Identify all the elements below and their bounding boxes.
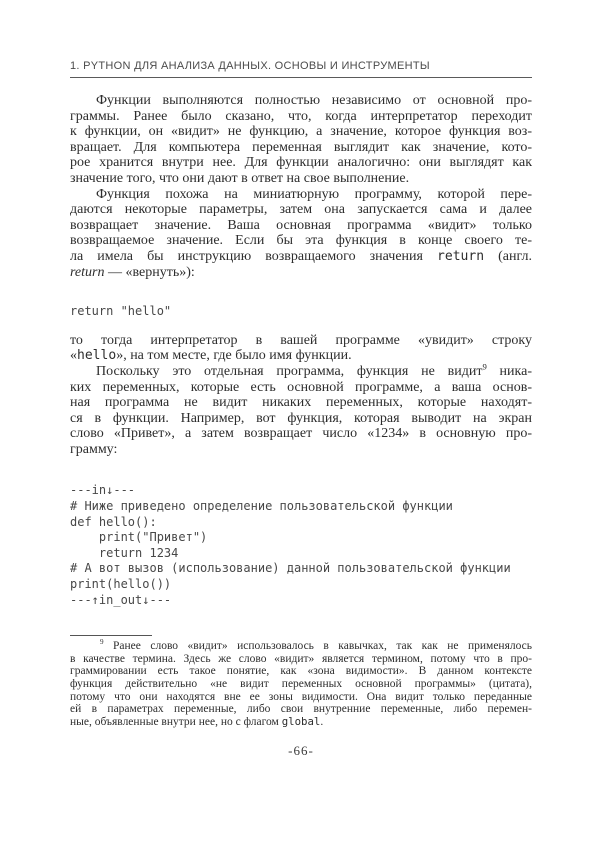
- text-line: ---↑in_out↓---: [70, 593, 532, 609]
- text-line: то тогда интерпретатор в вашей программе…: [70, 333, 532, 349]
- text-line: «hello», на том месте, где было имя функ…: [70, 348, 532, 364]
- text-line: ные, объявленные внутри нее, но с флагом…: [70, 716, 532, 729]
- text-line: def hello():: [70, 515, 532, 531]
- text-line: ла имела бы инструкцию возвращаемого зна…: [70, 249, 532, 265]
- text-line: ная программа не видит никаких переменны…: [70, 395, 532, 411]
- text-line: граммы. Ранее было сказано, что, когда и…: [70, 109, 532, 125]
- text-line: Функция похожа на миниатюрную программу,…: [70, 187, 532, 203]
- text-line: граммировании есть такое понятие, как «з…: [70, 665, 532, 678]
- text-line: значение того, что они дают в ответ на с…: [70, 171, 532, 187]
- text-line: print("Привет"): [70, 530, 532, 546]
- text-line: ---in↓---: [70, 483, 532, 499]
- running-head: 1. PYTHON ДЛЯ АНАЛИЗА ДАННЫХ. ОСНОВЫ И И…: [70, 60, 532, 78]
- code-example-hello-function: ---in↓---# Ниже приведено определение по…: [70, 483, 532, 608]
- text-line: возвращает значение. Ваша основная прогр…: [70, 218, 532, 234]
- text-line: return 1234: [70, 546, 532, 562]
- text-line: рое хранится внутри нее. Для функции ана…: [70, 155, 532, 171]
- text-line: потому что они находятся вне ее зоны вид…: [70, 691, 532, 704]
- text-line: возвращаемое значение. Если бы эта функц…: [70, 233, 532, 249]
- paragraph-scope: Поскольку это отдельная программа, функц…: [70, 364, 532, 458]
- footnote-rule: [70, 635, 152, 636]
- text-line: return — «вернуть»):: [70, 265, 532, 281]
- paragraph-interpreter-sees: то тогда интерпретатор в вашей программе…: [70, 333, 532, 364]
- text-line: Поскольку это отдельная программа, функц…: [70, 364, 532, 380]
- text-line: print(hello()): [70, 577, 532, 593]
- code-return-hello: return "hello": [70, 304, 532, 320]
- text-line: Функции выполняются полностью независимо…: [70, 93, 532, 109]
- text-line: вращает. Для компьютера переменная выгля…: [70, 140, 532, 156]
- page-number: -66-: [70, 743, 532, 759]
- text-line: слово «Привет», а затем возвращает число…: [70, 426, 532, 442]
- footnote-scope-term: 9 Ранее слово «видит» использовалось в к…: [70, 635, 532, 728]
- paragraph-functions-independent: Функции выполняются полностью независимо…: [70, 93, 532, 187]
- book-page: 1. PYTHON ДЛЯ АНАЛИЗА ДАННЫХ. ОСНОВЫ И И…: [0, 0, 600, 849]
- paragraph-function-miniature: Функция похожа на миниатюрную программу,…: [70, 187, 532, 281]
- text-line: грамму:: [70, 442, 532, 458]
- text-line: функция действительно «не видит переменн…: [70, 678, 532, 691]
- text-line: ся в функции. Например, вот функция, кот…: [70, 411, 532, 427]
- text-line: в качестве термина. Здесь же слово «види…: [70, 653, 532, 666]
- text-line: 9 Ранее слово «видит» использовалось в к…: [70, 640, 532, 653]
- text-line: к функции, он «видит» не функцию, а знач…: [70, 124, 532, 140]
- page-content: Функции выполняются полностью независимо…: [70, 93, 532, 728]
- text-line: return "hello": [70, 304, 532, 320]
- text-line: ких переменных, которые есть основной пр…: [70, 380, 532, 396]
- text-line: # Ниже приведено определение пользовател…: [70, 499, 532, 515]
- text-line: даются некоторые параметры, затем она за…: [70, 202, 532, 218]
- text-line: # А вот вызов (использование) данной пол…: [70, 561, 532, 577]
